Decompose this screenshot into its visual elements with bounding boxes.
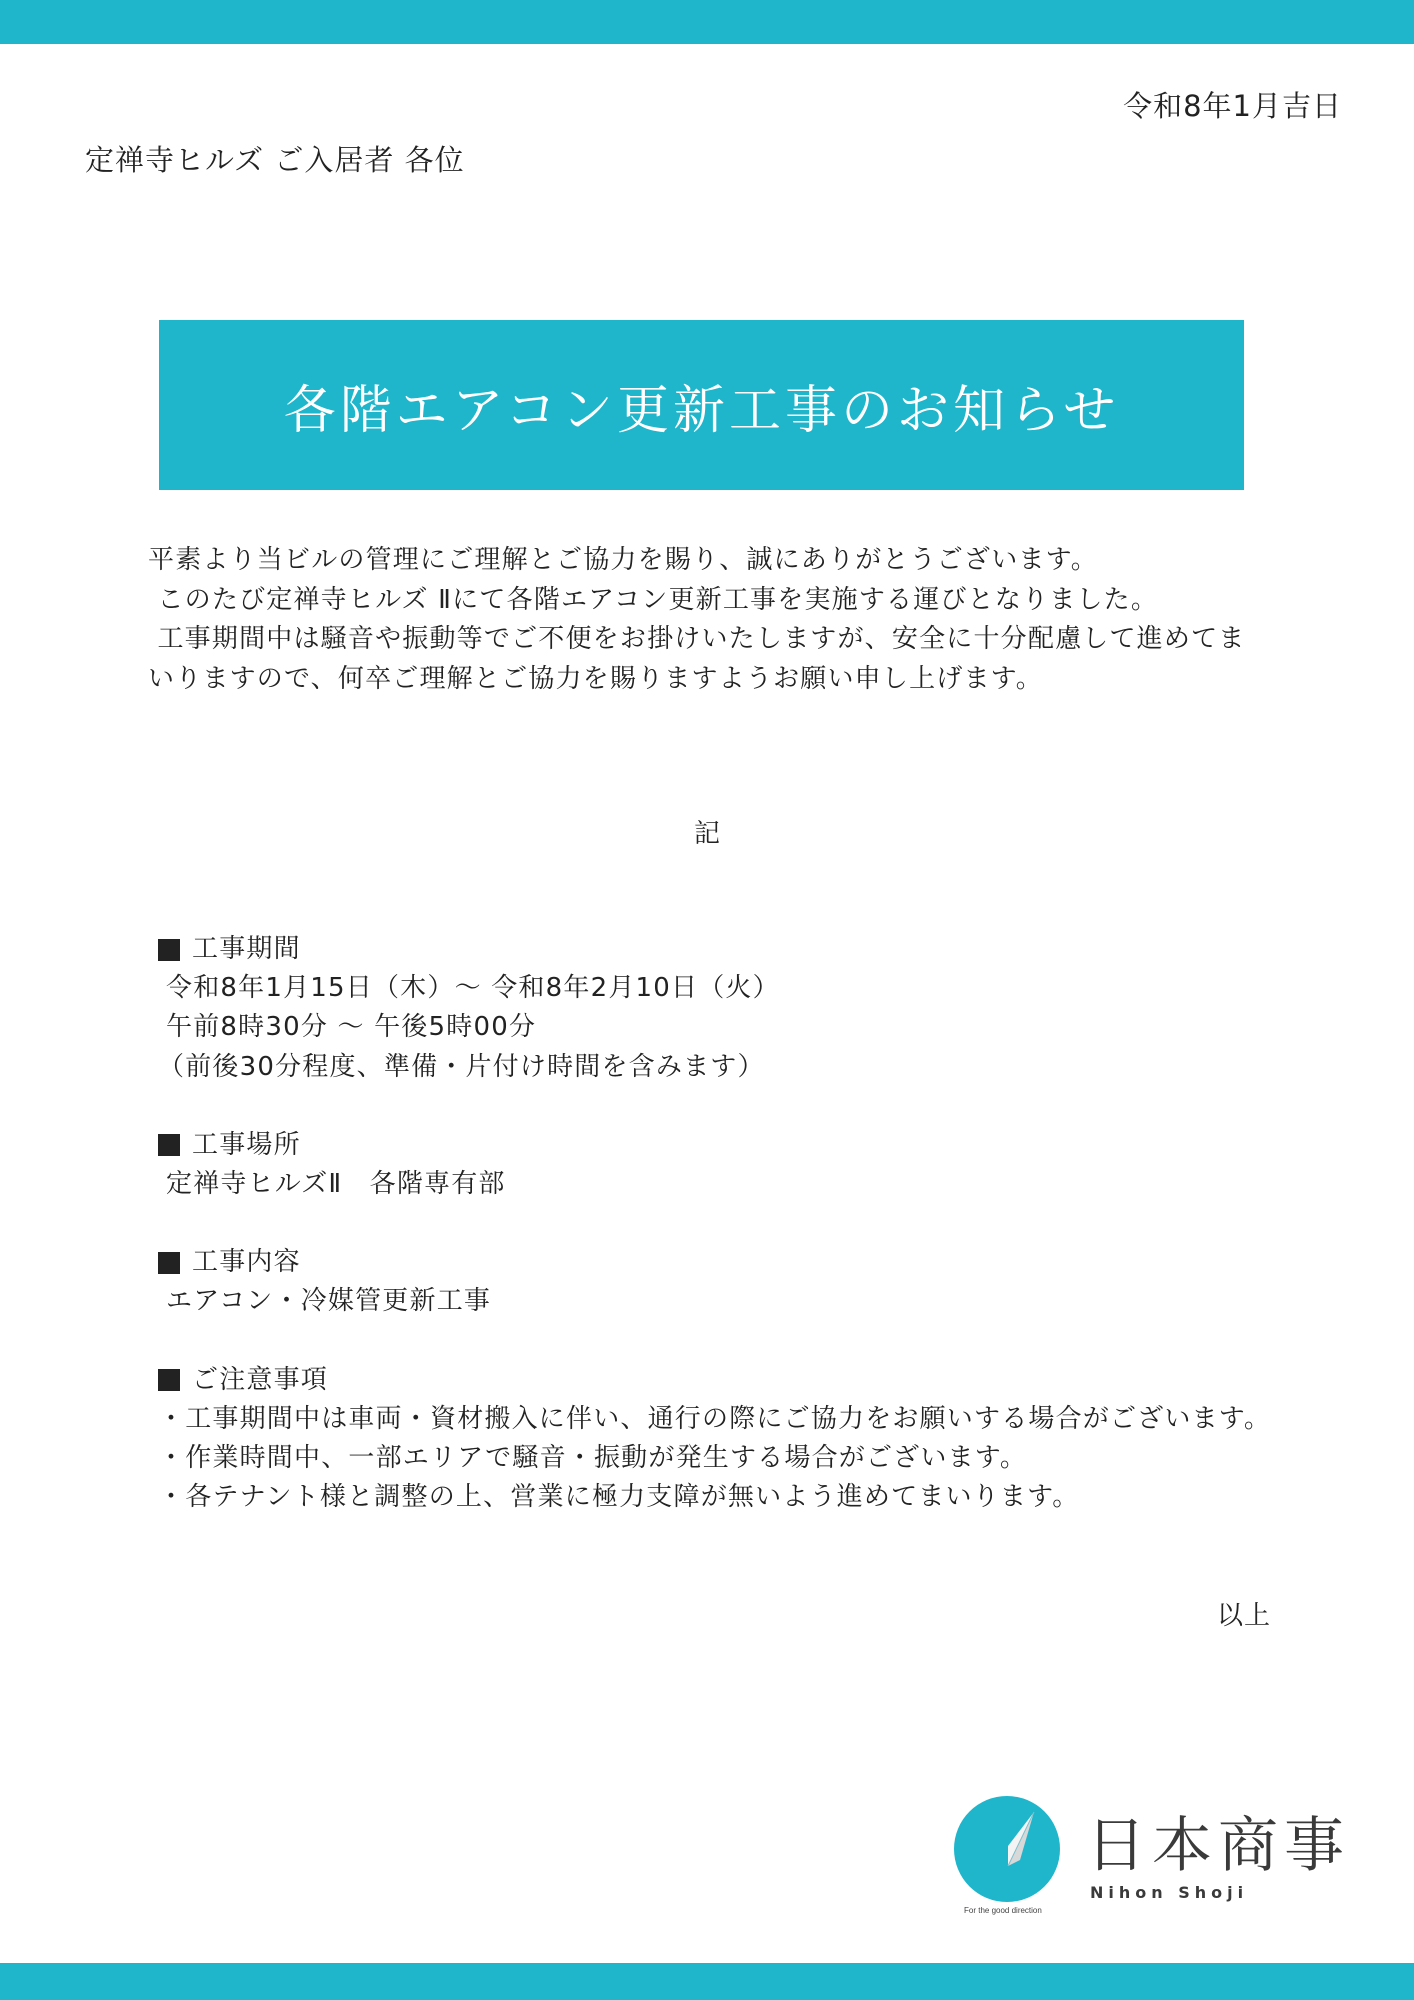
company-logo: For the good direction 日本商事 Nihon Shoji [950,1793,1350,1933]
closing-mark: 以上 [1217,1595,1271,1632]
note-item: ・各テナント様と調整の上、営業に極力支障が無いよう進めてまいります。 [158,1478,1278,1517]
bottom-accent-bar [0,1963,1414,2000]
section-heading: 工事期間 [158,930,1278,969]
ki-marker: 記 [0,813,1414,850]
period-dates: 令和8年1月15日（木）～ 令和8年2月10日（火） [158,969,1278,1008]
intro-paragraph: 平素より当ビルの管理にご理解とご協力を賜り、誠にありがとうございます。 [148,541,1268,581]
section-heading: 工事場所 [158,1126,1278,1165]
content-value: エアコン・冷媒管更新工事 [158,1282,1278,1321]
logo-name-kanji: 日本商事 [1086,1811,1350,1881]
note-item: ・工事期間中は車両・資材搬入に伴い、通行の際にご協力をお願いする場合がございます… [158,1400,1278,1439]
square-bullet-icon [158,1134,180,1156]
top-accent-bar [0,0,1414,44]
square-bullet-icon [158,939,180,961]
note-item: ・作業時間中、一部エリアで騒音・振動が発生する場合がございます。 [158,1439,1278,1478]
section-period: 工事期間 令和8年1月15日（木）～ 令和8年2月10日（火） 午前8時30分 … [158,930,1278,1087]
details-list: 工事期間 令和8年1月15日（木）～ 令和8年2月10日（火） 午前8時30分 … [158,930,1278,1556]
square-bullet-icon [158,1252,180,1274]
section-heading-label: ご注意事項 [192,1361,328,1400]
section-heading: 工事内容 [158,1243,1278,1282]
intro-paragraph: このたび定禅寺ヒルズ Ⅱにて各階エアコン更新工事を実施する運びとなりました。 [148,581,1228,621]
recipient: 定禅寺ヒルズ ご入居者 各位 [85,138,465,179]
section-heading: ご注意事項 [158,1361,1278,1400]
period-note: （前後30分程度、準備・片付け時間を含みます） [158,1048,1278,1087]
location-value: 定禅寺ヒルズⅡ 各階専有部 [158,1165,1278,1204]
period-hours: 午前8時30分 ～ 午後5時00分 [158,1008,1278,1047]
square-bullet-icon [158,1369,180,1391]
section-heading-label: 工事場所 [192,1126,301,1165]
page-title: 各階エアコン更新工事のお知らせ [284,368,1120,443]
section-heading-label: 工事内容 [192,1243,301,1282]
issue-date: 令和8年1月吉日 [1123,84,1342,125]
intro-text: 平素より当ビルの管理にご理解とご協力を賜り、誠にありがとうございます。 このたび… [148,541,1268,699]
section-content: 工事内容 エアコン・冷媒管更新工事 [158,1243,1278,1321]
paper-plane-icon [954,1796,1060,1902]
title-banner: 各階エアコン更新工事のお知らせ [159,320,1244,490]
section-notes: ご注意事項 ・工事期間中は車両・資材搬入に伴い、通行の際にご協力をお願いする場合… [158,1361,1278,1518]
section-location: 工事場所 定禅寺ヒルズⅡ 各階専有部 [158,1126,1278,1204]
logo-name-roman: Nihon Shoji [1090,1883,1248,1902]
section-heading-label: 工事期間 [192,930,301,969]
logo-circle [954,1796,1060,1902]
intro-paragraph: 工事期間中は騒音や振動等でご不便をお掛けいたしますが、安全に十分配慮して進めてま… [148,620,1268,699]
logo-tagline: For the good direction [964,1906,1042,1915]
